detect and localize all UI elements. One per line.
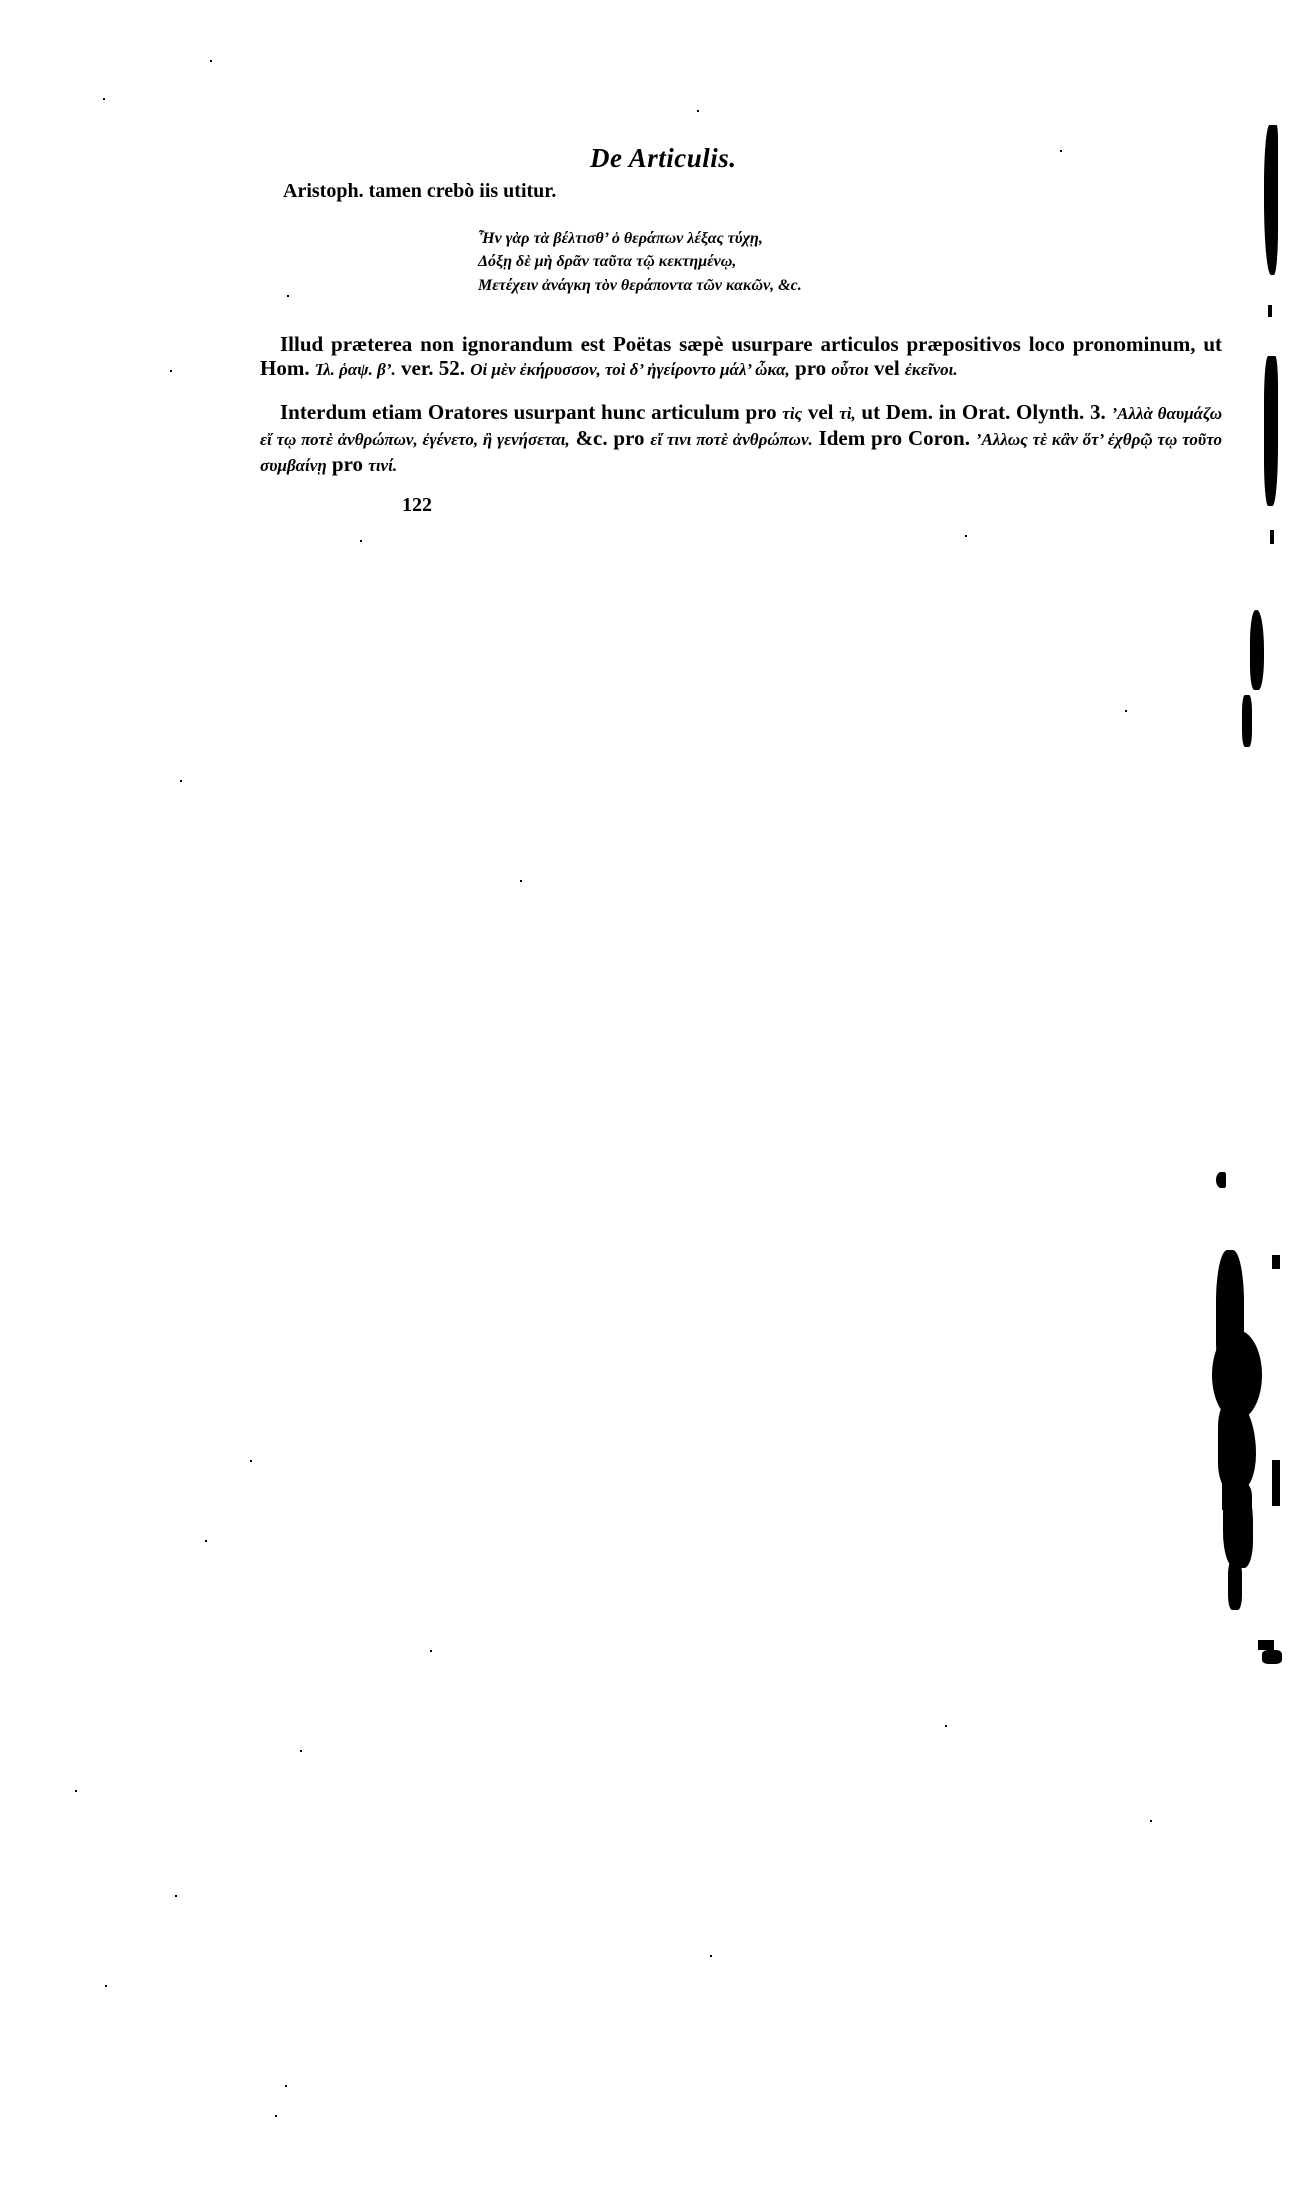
scan-speck (300, 1750, 302, 1752)
scan-speck (175, 1895, 177, 1897)
verse-line-1: Ἦν γὰρ τὰ βέλτισθ’ ὁ θεράπων λέξας τύχῃ, (478, 230, 763, 248)
scan-speck (945, 1725, 947, 1727)
scan-speck (697, 110, 699, 112)
paragraph-orators-articles: Interdum etiam Oratores usurpant hunc ar… (260, 400, 1222, 478)
scan-speck (170, 370, 172, 372)
page-number: 122 (402, 494, 432, 517)
scan-speck (1060, 150, 1062, 152)
scan-artifact (1268, 305, 1272, 317)
greek-word: τινί. (368, 456, 397, 475)
verse-line-3: Μετέχειν ἀνάγκη τὸν θεράποντα τῶν κακῶν,… (478, 277, 802, 295)
scan-artifact (1242, 695, 1252, 747)
scan-speck (210, 60, 212, 62)
scan-speck (180, 780, 182, 782)
running-head: De Articulis. (590, 143, 737, 174)
paragraph-poets-articles: Illud prӕterea non ignorandum est Poëtas… (260, 332, 1222, 382)
scan-speck (287, 295, 289, 297)
scan-artifact (1270, 530, 1274, 544)
scan-speck (360, 540, 362, 542)
paragraph-text: Interdum etiam Oratores usurpant hunc ar… (280, 400, 782, 424)
scan-artifact (1272, 1460, 1280, 1506)
scan-speck (275, 2115, 277, 2117)
scan-speck (430, 1650, 432, 1652)
scanned-book-page: De Articulis. Aristoph. tamen crebò iis … (0, 0, 1300, 2185)
scan-artifact (1272, 1255, 1280, 1269)
scan-speck (103, 98, 105, 100)
scan-artifact (1223, 1478, 1253, 1568)
paragraph-text: ut Dem. in Orat. Olynth. 3. (856, 400, 1112, 424)
paragraph-text: vel (869, 356, 905, 380)
scan-artifact (1264, 125, 1278, 275)
scan-speck (965, 535, 967, 537)
paragraph-text: &c. pro (570, 426, 651, 450)
paragraph-text: ver. 52. (396, 356, 470, 380)
paragraph-text: pro (327, 452, 369, 476)
scan-artifact (1216, 1172, 1226, 1188)
paragraph-text: vel (802, 400, 839, 424)
scan-speck (285, 2085, 287, 2087)
greek-word: τὶς (782, 404, 802, 423)
scan-speck (710, 1955, 712, 1957)
scan-artifact (1250, 610, 1264, 690)
scan-speck (520, 880, 522, 882)
greek-word: οὗτοι (831, 360, 868, 379)
verse-line-2: Δόξῃ δὲ μὴ δρᾶν ταῦτα τῷ κεκτημένῳ, (478, 253, 736, 271)
greek-citation: Ἰλ. ῥαψ. β’. (315, 360, 396, 379)
scan-speck (105, 1985, 107, 1987)
scan-artifact (1264, 356, 1278, 506)
scan-artifact (1228, 1560, 1242, 1610)
greek-word: ἐκεῖνοι. (905, 360, 958, 379)
paragraph-text: Idem pro Coron. (813, 426, 976, 450)
intro-line: Aristoph. tamen crebò iis utitur. (283, 180, 556, 203)
scan-speck (205, 1540, 207, 1542)
scan-speck (250, 1460, 252, 1462)
scan-artifact (1262, 1650, 1282, 1664)
scan-speck (1125, 710, 1127, 712)
scan-artifact (1258, 1640, 1274, 1650)
greek-quote: Οἱ μὲν ἐκήρυσσον, τοὶ δ’ ἠγείροντο μάλ’ … (470, 360, 790, 379)
scan-speck (75, 1790, 77, 1792)
scan-speck (1150, 1820, 1152, 1822)
greek-word: τὶ, (839, 404, 856, 423)
paragraph-text: pro (790, 356, 832, 380)
greek-quote: εἴ τινι ποτὲ ἀνθρώπων. (650, 430, 812, 449)
